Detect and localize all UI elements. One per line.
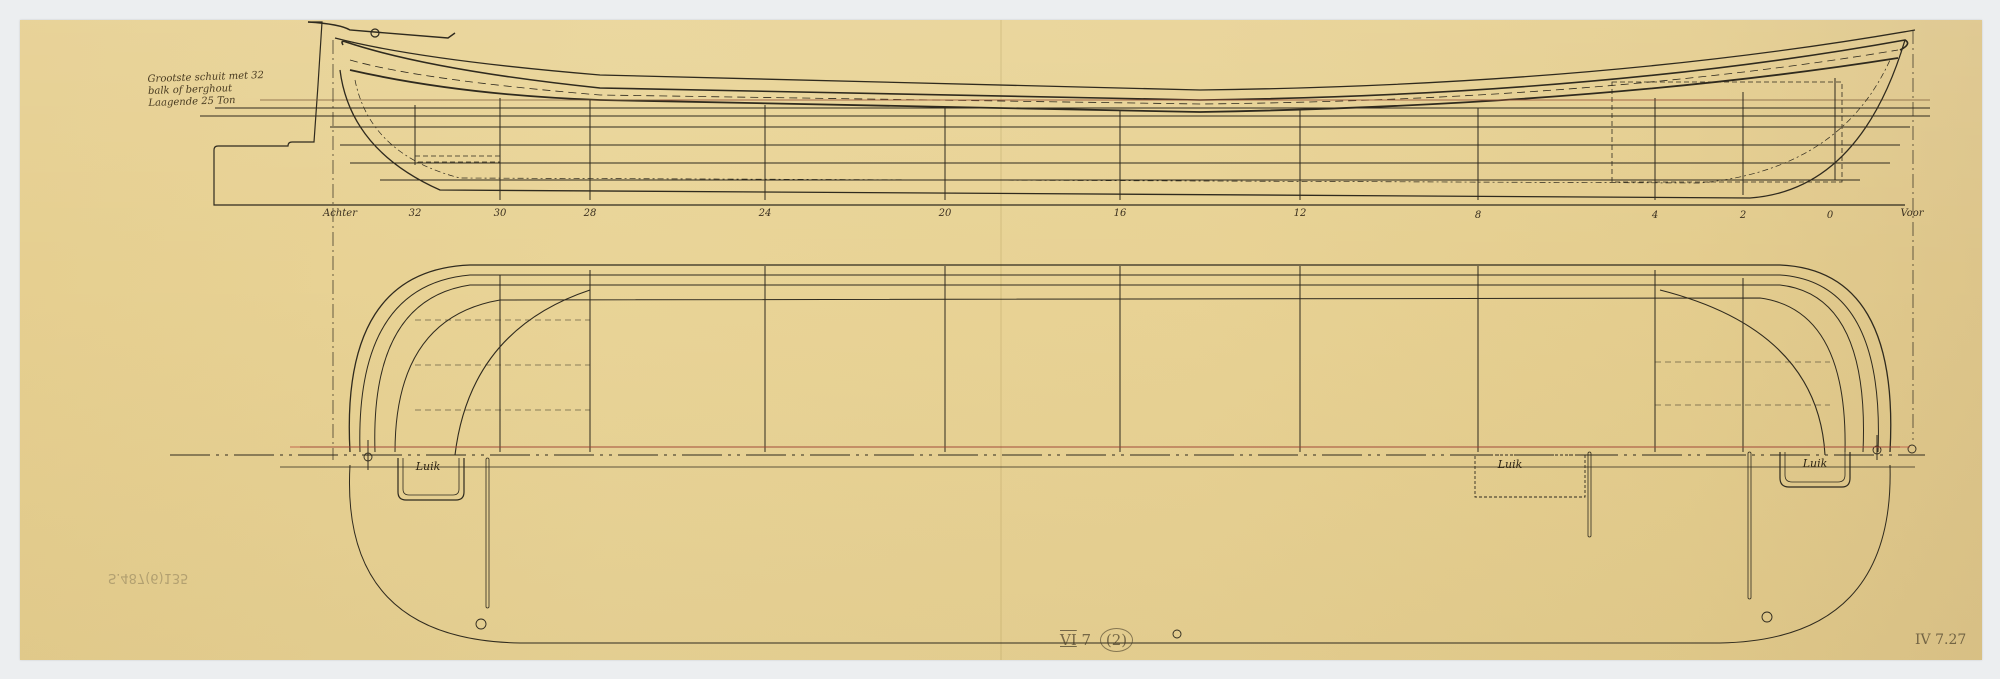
hatch-label-mid: Luik — [1498, 458, 1523, 471]
station-label-4: 4 — [1652, 210, 1658, 221]
station-label-8: 8 — [1475, 210, 1481, 221]
station-label-28: 28 — [584, 208, 597, 219]
station-label-voor: Voor — [1900, 208, 1923, 219]
station-label-achter: Achter — [323, 208, 357, 219]
catalog-suffix: 7 — [1082, 631, 1092, 649]
station-label-24: 24 — [759, 208, 772, 219]
station-label-16: 16 — [1114, 208, 1127, 219]
station-label-2: 2 — [1740, 210, 1746, 221]
station-label-12: 12 — [1294, 208, 1307, 219]
hatch-label-fore: Luik — [1803, 457, 1828, 470]
drawing-sheet: Grootste schuit met 32 balk of berghout … — [20, 20, 1982, 660]
sheet-number: IV 7.27 — [1915, 632, 1966, 648]
catalog-circled-number: (2) — [1100, 628, 1133, 652]
station-label-20: 20 — [939, 208, 952, 219]
catalog-mark: VI 7 (2) — [1060, 628, 1133, 652]
red-reference-lines — [290, 100, 1910, 447]
mirrored-stamp: S.487(6)135 — [108, 570, 188, 585]
station-label-30: 30 — [494, 208, 507, 219]
catalog-roman: VI — [1060, 631, 1077, 649]
hatch-label-aft: Luik — [416, 460, 441, 473]
ship-annotation: Grootste schuit met 32 balk of berghout … — [147, 70, 265, 110]
station-label-32: 32 — [409, 208, 422, 219]
keel-baseline — [214, 22, 1905, 205]
hull-drawing — [20, 20, 1982, 660]
station-label-0: 0 — [1827, 210, 1833, 221]
